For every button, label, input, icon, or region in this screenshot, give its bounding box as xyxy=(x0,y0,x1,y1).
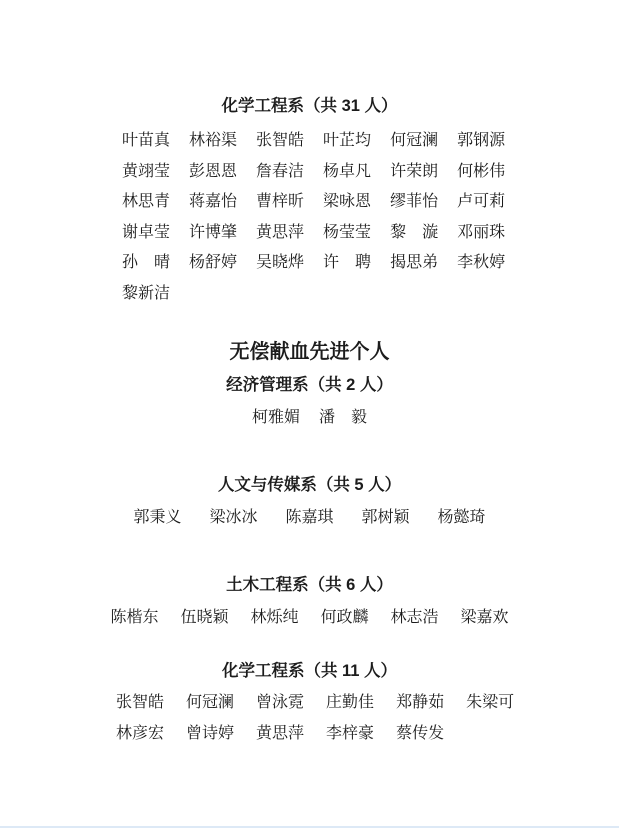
person-name: 彭恩恩 xyxy=(189,157,237,188)
person-name: 陈楷东 xyxy=(110,603,158,634)
person-name: 詹春洁 xyxy=(256,157,304,188)
person-name: 何彬伟 xyxy=(457,157,505,188)
name-row: 孙 晴杨舒婷吴晓烨许 聘揭思弟李秋婷 xyxy=(122,248,619,279)
person-name: 何政麟 xyxy=(321,603,369,634)
person-name: 梁冰冰 xyxy=(209,503,257,534)
person-name: 郭秉义 xyxy=(133,503,181,534)
name-row: 柯雅媚潘 毅 xyxy=(0,403,619,434)
person-name: 黎新洁 xyxy=(122,279,170,310)
person-name: 邓丽珠 xyxy=(457,218,505,249)
person-name: 黄思萍 xyxy=(256,719,304,750)
person-name: 揭思弟 xyxy=(390,248,438,279)
person-name: 蒋嘉怡 xyxy=(189,187,237,218)
name-row: 谢卓莹许博肇黄思萍杨莹莹黎 漩邓丽珠 xyxy=(122,218,619,249)
person-name: 张智皓 xyxy=(116,688,164,719)
person-name: 柯雅媚 xyxy=(252,403,300,434)
person-name: 陈嘉琪 xyxy=(285,503,333,534)
document-page: 化学工程系（共 31 人） 叶苗真林裕渠张智皓叶芷均何冠澜郭钢源黄翊莹彭恩恩詹春… xyxy=(0,0,619,828)
section-heading-chem11: 化学工程系（共 11 人） xyxy=(0,660,619,682)
person-name: 林志浩 xyxy=(391,603,439,634)
person-name: 叶芷均 xyxy=(323,126,371,157)
person-name: 郑静茹 xyxy=(396,688,444,719)
name-row: 林彦宏曾诗婷黄思萍李梓豪蔡传发 xyxy=(116,719,619,750)
person-name: 许 聘 xyxy=(323,248,371,279)
section-heading-econ: 经济管理系（共 2 人） xyxy=(0,374,619,396)
person-name: 杨莹莹 xyxy=(323,218,371,249)
person-name: 黎 漩 xyxy=(390,218,438,249)
person-name: 何冠澜 xyxy=(186,688,234,719)
person-name: 林彦宏 xyxy=(116,719,164,750)
person-name: 叶苗真 xyxy=(122,126,170,157)
person-name: 杨卓凡 xyxy=(323,157,371,188)
person-name: 梁咏恩 xyxy=(323,187,371,218)
person-name: 吴晓烨 xyxy=(256,248,304,279)
person-name: 郭树颖 xyxy=(362,503,410,534)
person-name: 曾诗婷 xyxy=(186,719,234,750)
person-name: 庄勤佳 xyxy=(326,688,374,719)
person-name: 曾泳霓 xyxy=(256,688,304,719)
name-row: 郭秉义梁冰冰陈嘉琪郭树颖杨懿琦 xyxy=(0,503,619,534)
section-heading-civil: 土木工程系（共 6 人） xyxy=(0,574,619,596)
person-name: 林裕渠 xyxy=(189,126,237,157)
person-name: 伍晓颖 xyxy=(180,603,228,634)
person-name: 林思青 xyxy=(122,187,170,218)
person-name: 李梓豪 xyxy=(326,719,374,750)
person-name: 蔡传发 xyxy=(396,719,444,750)
name-list-econ: 柯雅媚潘 毅 xyxy=(0,403,619,434)
person-name: 谢卓莹 xyxy=(122,218,170,249)
person-name: 朱梁可 xyxy=(466,688,514,719)
person-name: 黄思萍 xyxy=(256,218,304,249)
person-name: 黄翊莹 xyxy=(122,157,170,188)
name-row: 陈楷东伍晓颖林烁纯何政麟林志浩梁嘉欢 xyxy=(0,603,619,634)
person-name: 缪菲怡 xyxy=(390,187,438,218)
name-list-chem31: 叶苗真林裕渠张智皓叶芷均何冠澜郭钢源黄翊莹彭恩恩詹春洁杨卓凡许荣朗何彬伟林思青蒋… xyxy=(0,126,619,309)
name-row: 黄翊莹彭恩恩詹春洁杨卓凡许荣朗何彬伟 xyxy=(122,157,619,188)
page-title: 无偿献血先进个人 xyxy=(0,338,619,366)
name-list-chem11: 张智皓何冠澜曾泳霓庄勤佳郑静茹朱梁可林彦宏曾诗婷黄思萍李梓豪蔡传发 xyxy=(0,688,619,749)
name-row: 黎新洁 xyxy=(122,279,619,310)
person-name: 卢可莉 xyxy=(457,187,505,218)
section-heading-humanities: 人文与传媒系（共 5 人） xyxy=(0,474,619,496)
name-row: 叶苗真林裕渠张智皓叶芷均何冠澜郭钢源 xyxy=(122,126,619,157)
person-name: 杨懿琦 xyxy=(438,503,486,534)
person-name: 何冠澜 xyxy=(390,126,438,157)
person-name: 孙 晴 xyxy=(122,248,170,279)
section-heading-chem31: 化学工程系（共 31 人） xyxy=(0,95,619,117)
person-name: 张智皓 xyxy=(256,126,304,157)
name-list-civil: 陈楷东伍晓颖林烁纯何政麟林志浩梁嘉欢 xyxy=(0,603,619,634)
person-name: 许博肇 xyxy=(189,218,237,249)
person-name: 李秋婷 xyxy=(457,248,505,279)
person-name: 许荣朗 xyxy=(390,157,438,188)
name-row: 林思青蒋嘉怡曹梓昕梁咏恩缪菲怡卢可莉 xyxy=(122,187,619,218)
person-name: 梁嘉欢 xyxy=(461,603,509,634)
person-name: 曹梓昕 xyxy=(256,187,304,218)
name-list-humanities: 郭秉义梁冰冰陈嘉琪郭树颖杨懿琦 xyxy=(0,503,619,534)
person-name: 潘 毅 xyxy=(319,403,367,434)
person-name: 林烁纯 xyxy=(250,603,298,634)
person-name: 郭钢源 xyxy=(457,126,505,157)
name-row: 张智皓何冠澜曾泳霓庄勤佳郑静茹朱梁可 xyxy=(116,688,619,719)
person-name: 杨舒婷 xyxy=(189,248,237,279)
